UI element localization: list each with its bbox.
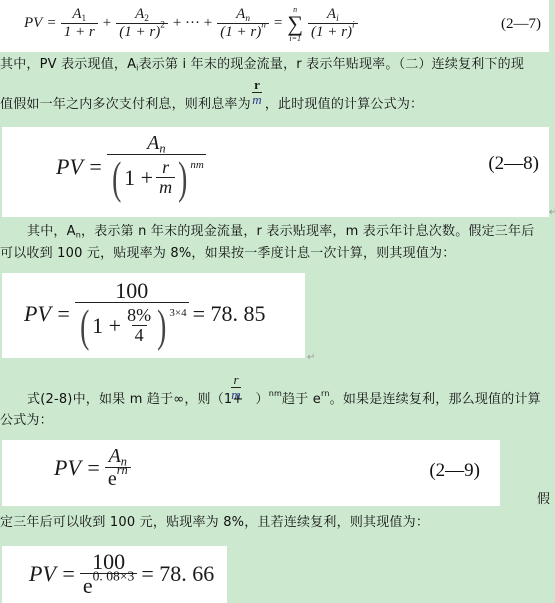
paragraph-4-line-1: 定三年后可以收到 100 元，贴现率为 8%，且若连续复利，则其现值为： [0, 513, 429, 533]
formula-box-2-7: PV = A1 1 + r + A2 (1 + r)2 + ··· + An (… [0, 0, 549, 52]
formula-box-2-9: PV = An ern (2—9) [2, 440, 500, 506]
paragraph-1-line-2: 值假如一年之内多次支付利息，则利息率为，此时现值的计算公式为： [0, 95, 423, 115]
fraction-term-n: An (1 + r)n [217, 7, 269, 40]
trailing-char: 假 [537, 490, 550, 510]
formula-quarterly-pv: PV = 100 ( 1 + 8% 4 ) 3×4 = 78. 85 [24, 279, 266, 349]
paragraph-3-line-1: 式(2-8)中，如果 m 趋于∞，则（1+）nm趋于 ern。如果是连续复利，那… [27, 390, 541, 410]
paragraph-2-line-2: 可以收到 100 元，贴现率为 8%，如果按一季度计息一次计算，则其现值为： [0, 244, 455, 264]
right-paren: ) [157, 303, 166, 349]
formula-box-continuous: PV = 100 e0. 08×3 = 78. 66 [2, 546, 227, 603]
fraction-term-i: Ai (1 + r)i [308, 7, 358, 40]
paragraph-mark: ↵ [549, 207, 555, 218]
paragraph-3-line-2: 公式为： [0, 411, 53, 431]
fraction-term-2: A2 (1 + r)2 [116, 7, 168, 40]
equation-number-2-9: (2—9) [429, 460, 480, 482]
formula-2-9: PV = An ern [54, 446, 131, 490]
formula-2-8: PV = An ( 1 + r m ) nm [56, 133, 206, 201]
paragraph-1-line-1: 其中，PV 表示现值，Ai表示第 i 年末的现金流量，r 表示年贴现率。（二）连… [0, 55, 524, 75]
result-value: = 78. 66 [141, 561, 214, 587]
paragraph-mark: ↵ [307, 352, 315, 363]
formula-box-quarterly: PV = 100 ( 1 + 8% 4 ) 3×4 = 78. 85 [2, 273, 305, 358]
right-paren: ) [178, 155, 187, 201]
equation-number-2-7: (2—7) [501, 16, 541, 33]
formula-continuous-pv: PV = 100 e0. 08×3 = 78. 66 [29, 550, 214, 598]
formula-box-2-8: PV = An ( 1 + r m ) nm (2—8) [2, 127, 549, 217]
formula-2-7: PV = A1 1 + r + A2 (1 + r)2 + ··· + An (… [24, 5, 358, 43]
equation-number-2-8: (2—8) [488, 153, 539, 175]
summation-symbol: n ∑ i=1 [287, 5, 303, 43]
left-paren: ( [112, 155, 121, 201]
pv-symbol: PV [24, 15, 42, 32]
paragraph-2-line-1: 其中，An，表示第 n 年末的现金流量，r 表示贴现率，m 表示年计息次数。假定… [27, 222, 534, 242]
result-value: = 78. 85 [193, 301, 266, 327]
left-paren: ( [80, 303, 89, 349]
fraction-term-1: A1 1 + r [61, 7, 98, 40]
